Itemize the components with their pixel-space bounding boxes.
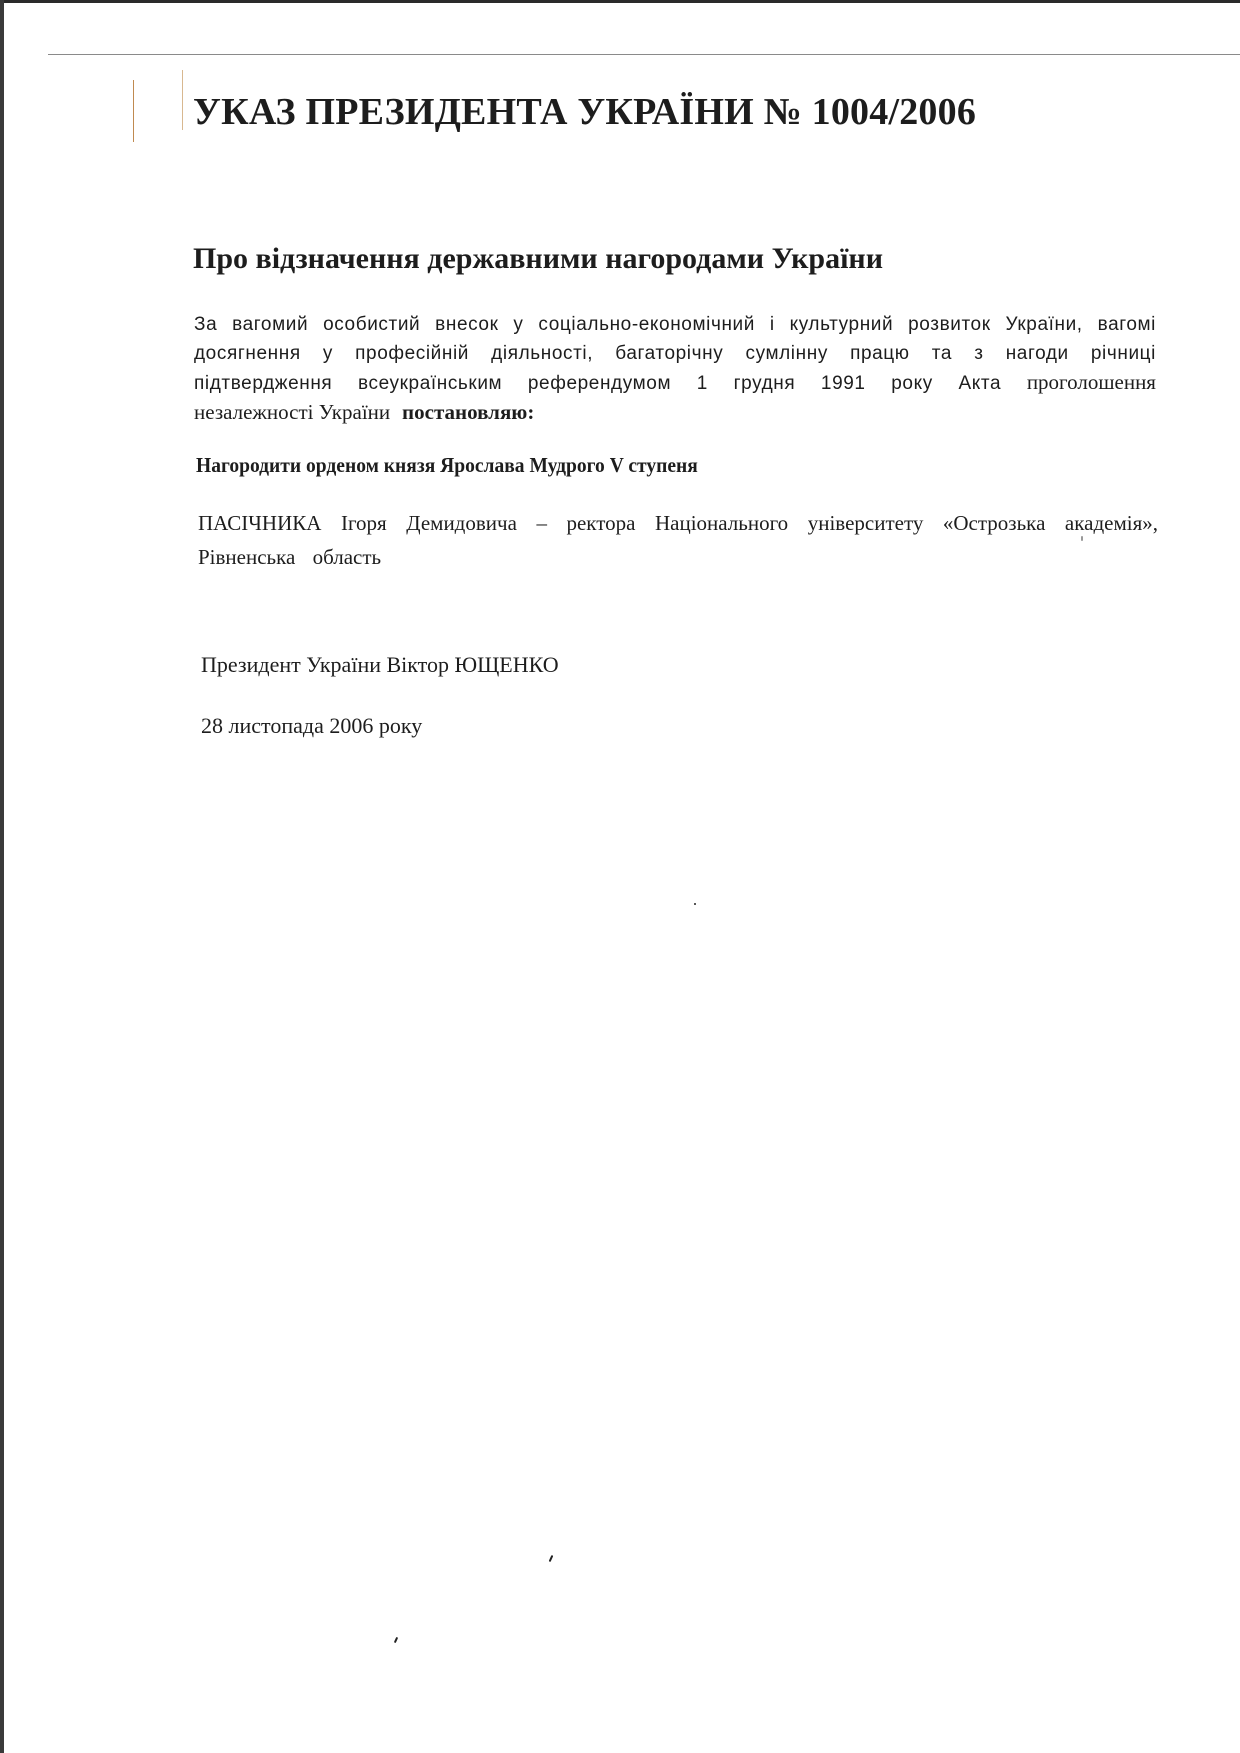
scan-artifact-mark: [182, 70, 183, 130]
scan-left-edge: [0, 0, 4, 1753]
scan-speck: [1081, 536, 1083, 541]
decree-title: УКАЗ ПРЕЗИДЕНТА УКРАЇНИ № 1004/2006: [193, 90, 976, 134]
decree-word: постановляю:: [402, 400, 534, 424]
scan-speck: [549, 1555, 554, 1562]
preamble-text: За вагомий особистий внесок у соціально-…: [194, 314, 1156, 394]
decree-subtitle: Про відзначення державними нагородами Ук…: [193, 242, 883, 276]
decree-date: 28 листопада 2006 року: [201, 713, 422, 739]
header-rule: [48, 54, 1240, 55]
scan-speck: [394, 1637, 398, 1643]
award-line: Нагородити орденом князя Ярослава Мудрог…: [196, 453, 698, 478]
scan-top-edge: [0, 0, 1240, 3]
signature-line: Президент України Віктор ЮЩЕНКО: [201, 652, 559, 678]
scan-speck: [694, 903, 696, 905]
awardee-entry: ПАСІЧНИКА Ігоря Демидовича – ректора Нац…: [198, 506, 1158, 574]
decree-preamble: За вагомий особистий внесок у соціально-…: [194, 310, 1156, 428]
scan-artifact-mark: [133, 80, 134, 142]
